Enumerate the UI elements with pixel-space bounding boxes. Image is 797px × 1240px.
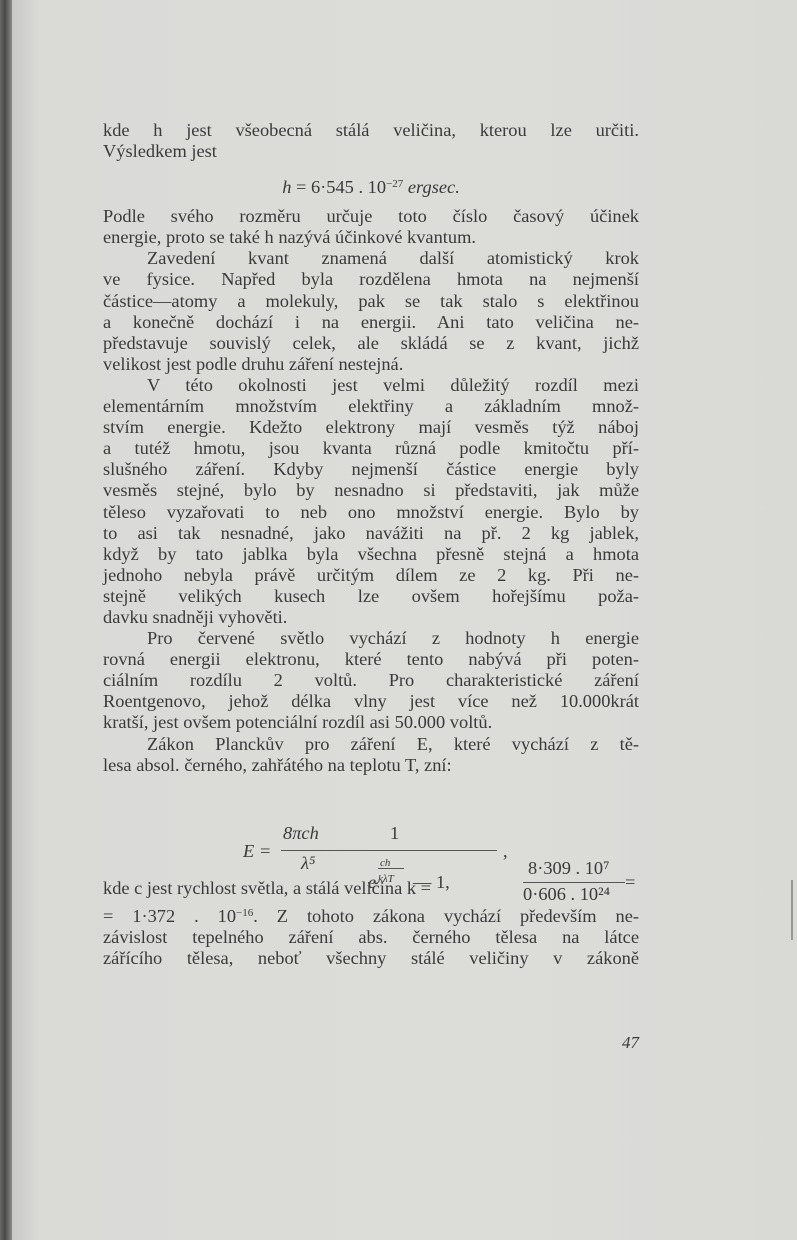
text-line: závislost tepelného záření abs. černého …	[103, 927, 639, 948]
text-line: když by tato jablka byla všechna přesně …	[103, 544, 639, 565]
text-line: velikost jest podle druhu záření nestejn…	[103, 354, 639, 375]
text-line: jednoho nebyla právě určitým dílem ze 2 …	[103, 565, 639, 586]
text-line: částice—atomy a molekuly, pak se tak sta…	[103, 291, 639, 312]
text-line: Roentgenovo, jehož délka vlny jest více …	[103, 691, 639, 712]
text-line: energie, proto se také h nazývá účinkové…	[103, 227, 639, 248]
text-line: ciálním rozdílu 2 voltů. Pro charakteris…	[103, 670, 639, 691]
text-line: Podle svého rozměru určuje toto číslo ča…	[103, 206, 639, 227]
text-line: davku snadněji vyhověti.	[103, 607, 639, 628]
text-line: Výsledkem jest	[103, 141, 639, 162]
text-line: ve fysice. Napřed byla rozdělena hmota n…	[103, 269, 639, 290]
k-constant-line: kde c jest rychlost světla, a stálá veli…	[103, 864, 639, 906]
text-line: elementárním množstvím elektřiny a zákla…	[103, 396, 639, 417]
text-line: těleso vyzařovati to neb ono množství en…	[103, 502, 639, 523]
text-line: = 1·372 . 10−16. Z tohoto zákona vychází…	[103, 906, 639, 927]
text-line: slušného záření. Kdyby nejmenší částice …	[103, 459, 639, 480]
page-number: 47	[622, 1033, 639, 1053]
body-text: kde h jest všeobecná stálá veličina, kte…	[103, 120, 639, 969]
text-line: a tutéž hmotu, jsou kvanta různá podle k…	[103, 438, 639, 459]
text-line: rovná energii elektronu, které tento nab…	[103, 649, 639, 670]
text-line: zářícího tělesa, neboť všechny stálé vel…	[103, 948, 639, 969]
text-line: lesa absol. černého, zahřátého na teplot…	[103, 755, 639, 776]
text-line: Zákon Planckův pro záření E, které vychá…	[103, 734, 639, 755]
page-edge-mark	[791, 880, 793, 940]
text-line: Zavedení kvant znamená další atomistický…	[103, 248, 639, 269]
text-line: vesměs stejné, bylo by nesnadno si předs…	[103, 480, 639, 501]
text-line: kde h jest všeobecná stálá veličina, kte…	[103, 120, 639, 141]
planck-constant-equation: h = 6·545 . 10−27 ergsec.	[103, 177, 639, 198]
book-spine-shadow	[0, 0, 12, 1240]
text-line: stvím energie. Kdežto elektrony mají ves…	[103, 417, 639, 438]
text-line: Pro červené světlo vychází z hodnoty h e…	[103, 628, 639, 649]
text-line: to asi tak nesnadné, jako navážiti na př…	[103, 523, 639, 544]
text-line: stejně velikých kusech lze ovšem hořejší…	[103, 586, 639, 607]
text-line: V této okolnosti jest velmi důležitý roz…	[103, 375, 639, 396]
text-line: a konečně dochází i na energii. Ani tato…	[103, 312, 639, 333]
text-line: kratší, jest ovšem potenciální rozdíl as…	[103, 712, 639, 733]
scanned-book-page: kde h jest všeobecná stálá veličina, kte…	[0, 0, 797, 1240]
text-line: představuje souvislý celek, ale skládá s…	[103, 333, 639, 354]
